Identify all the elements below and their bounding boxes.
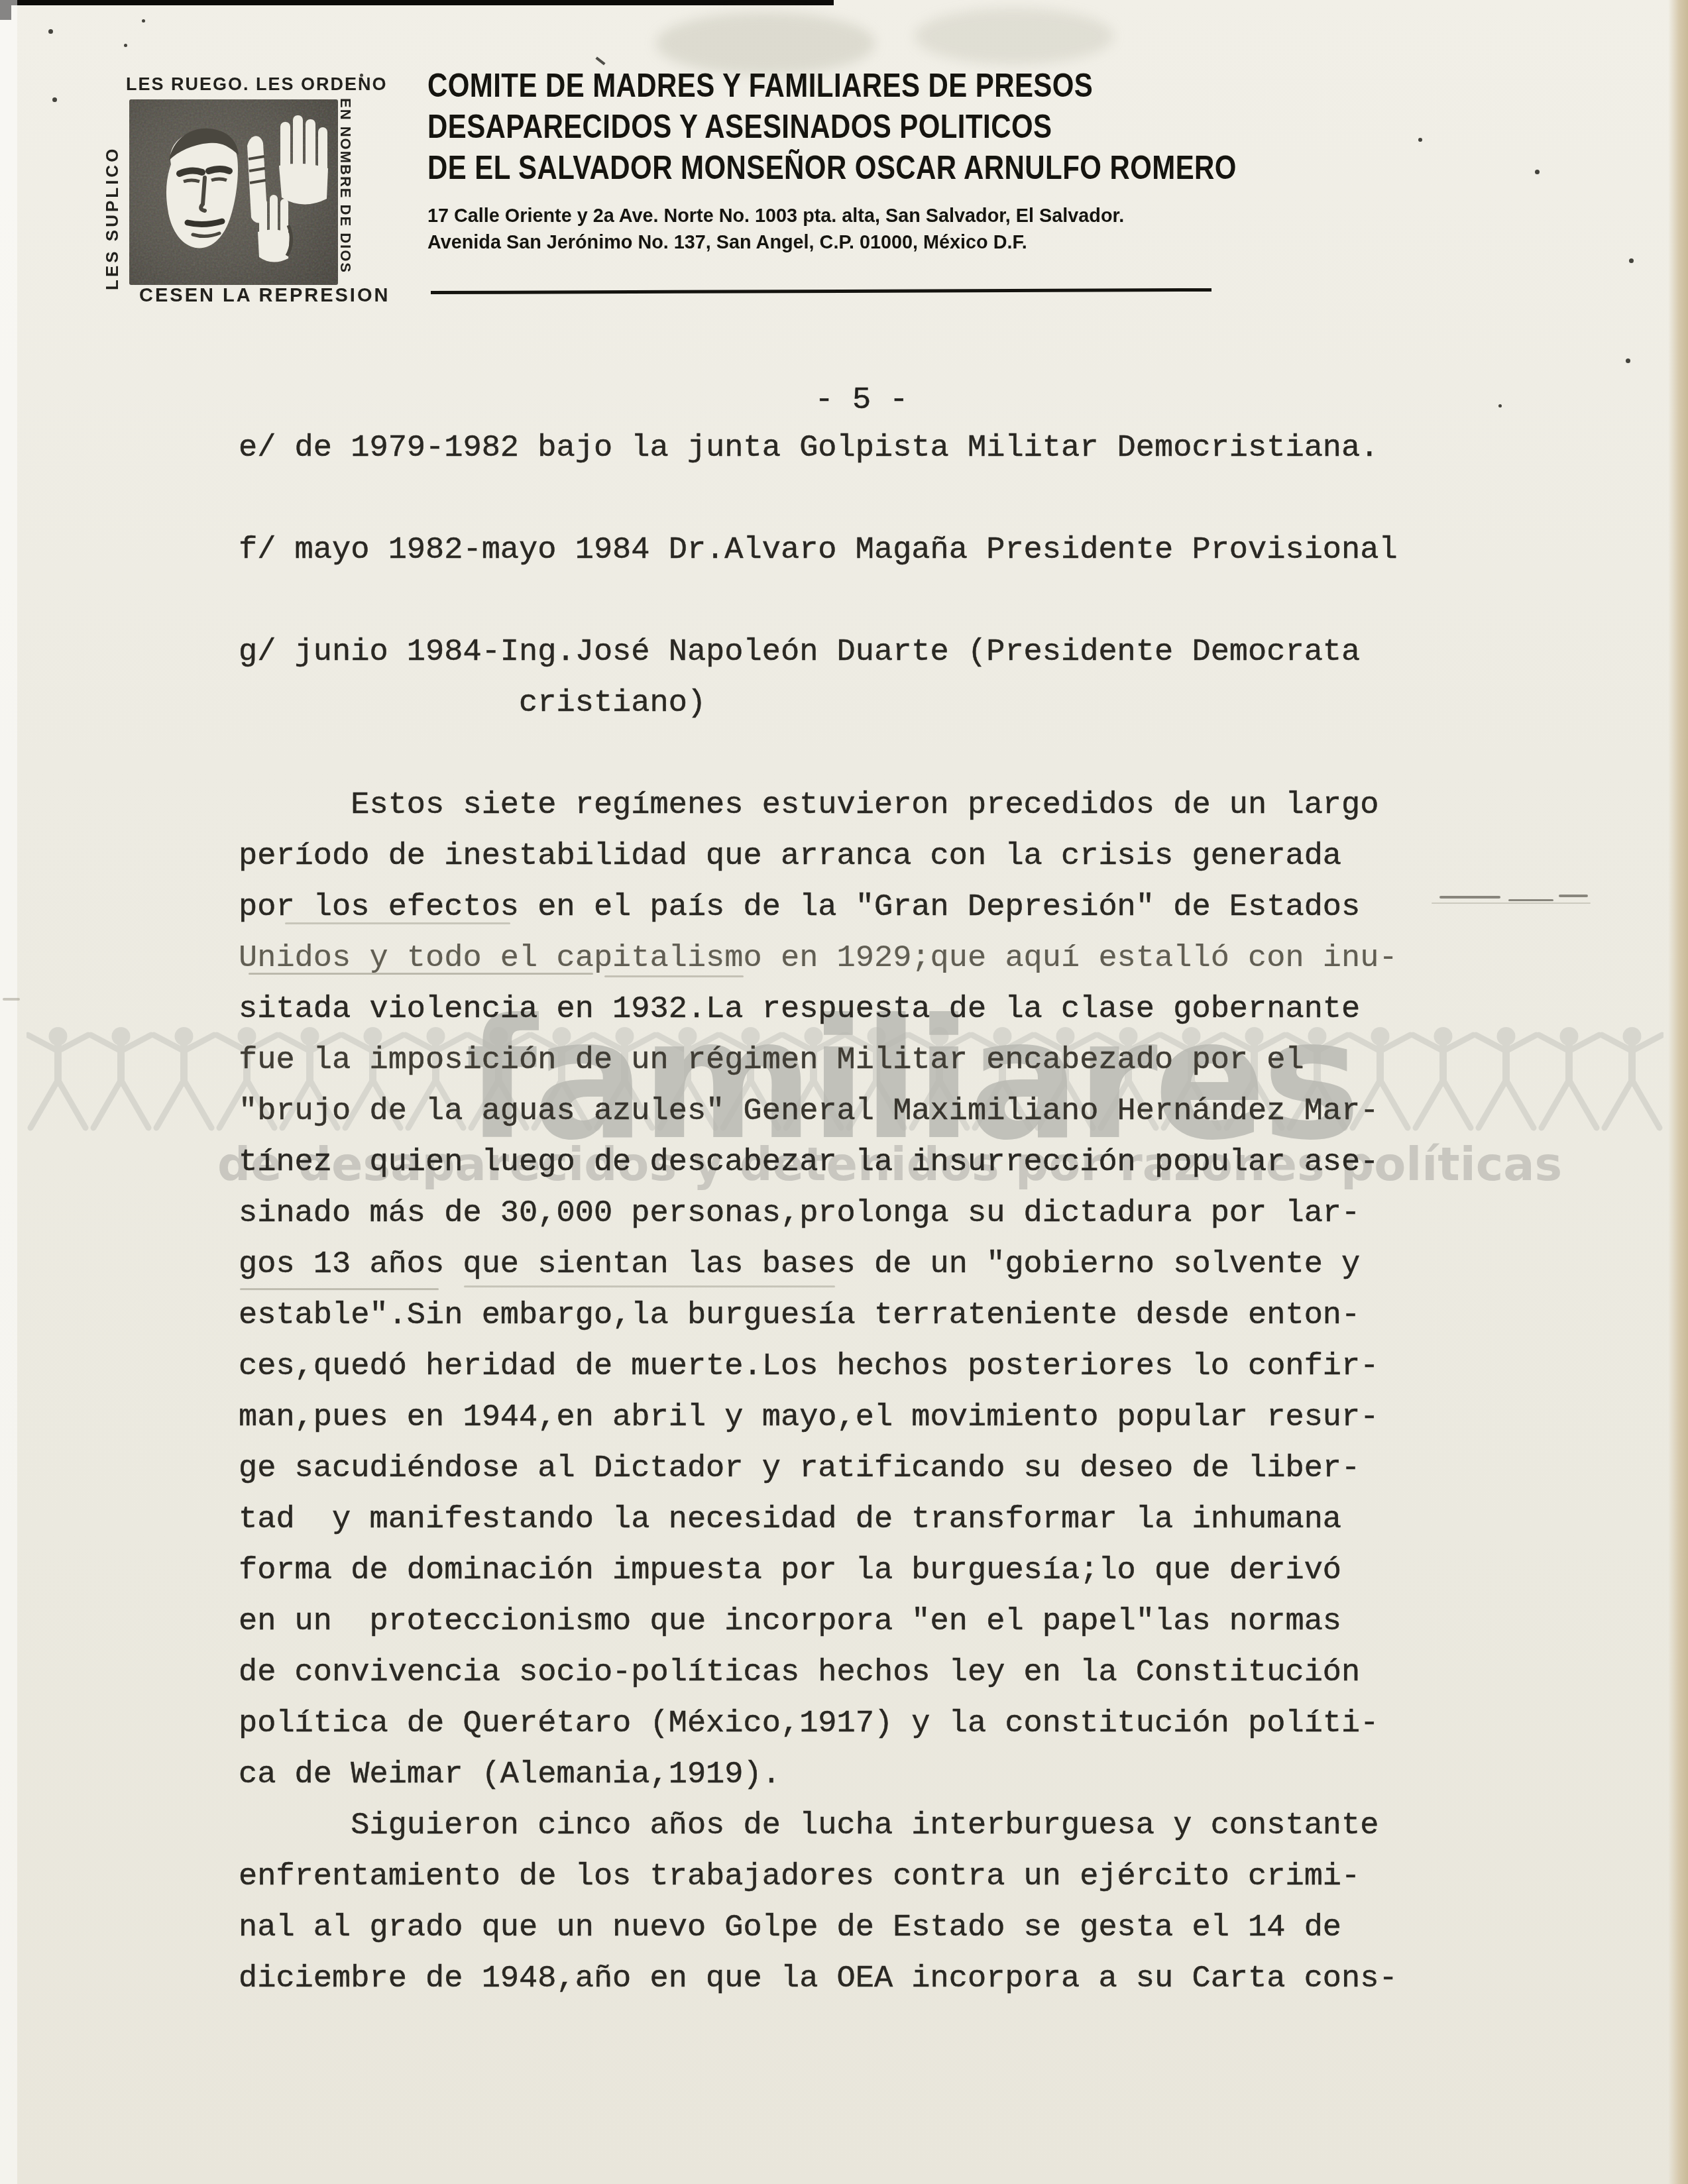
- romero-face-hands-icon: [129, 99, 338, 285]
- typewritten-line: estable".Sin embargo,la burguesía terrat…: [239, 1290, 1398, 1341]
- typewritten-line: política de Querétaro (México,1917) y la…: [239, 1698, 1398, 1749]
- typewritten-line: [239, 474, 1398, 525]
- typewritten-line: cristiano): [239, 678, 1398, 729]
- scan-artifact-smear: [3, 998, 20, 1001]
- typewritten-line: tínez quien luego de descabezar la insur…: [239, 1137, 1398, 1188]
- typewritten-line: Estos siete regímenes estuvieron precedi…: [239, 780, 1398, 831]
- stamp-top-text: LES RUEGO. LES ORDENO: [126, 74, 338, 95]
- document-page: LES RUEGO. LES ORDENO LES SUPLICO EN NOM…: [0, 0, 1688, 2184]
- letterhead-divider: [431, 288, 1211, 294]
- typewritten-line: man,pues en 1944,en abril y mayo,el movi…: [239, 1392, 1398, 1443]
- dust-speck: [1626, 358, 1630, 363]
- dust-speck: [1418, 138, 1422, 142]
- typewritten-line: ge sacudiéndose al Dictador y ratificand…: [239, 1443, 1398, 1494]
- scan-artifact-right-band: [1668, 0, 1688, 2184]
- stamp-left-text: LES SUPLICO: [102, 98, 123, 290]
- scan-artifact-smear: [1432, 902, 1591, 904]
- typewritten-line: [239, 576, 1398, 627]
- scan-artifact-dash: [1508, 899, 1553, 901]
- org-title-line: DE EL SALVADOR MONSEÑOR OSCAR ARNULFO RO…: [427, 147, 1237, 188]
- stamp-bottom-text: CESEN LA REPRESION: [139, 285, 351, 307]
- org-title-line: COMITE DE MADRES Y FAMILIARES DE PRESOS: [427, 65, 1237, 106]
- scan-smudge: [915, 8, 1113, 64]
- typewritten-line: ces,quedó heridad de muerte.Los hechos p…: [239, 1341, 1398, 1392]
- typewritten-line: sitada violencia en 1932.La respuesta de…: [239, 984, 1398, 1035]
- typewritten-line: de convivencia socio-políticas hechos le…: [239, 1647, 1398, 1698]
- scan-artifact-top-strip: [0, 0, 834, 5]
- typewritten-line: e/ de 1979-1982 bajo la junta Golpista M…: [239, 423, 1398, 474]
- typewritten-line: por los efectos en el país de la "Gran D…: [239, 882, 1398, 933]
- dust-speck: [52, 97, 57, 102]
- typewritten-line: nal al grado que un nuevo Golpe de Estad…: [239, 1902, 1398, 1953]
- typewritten-line: Unidos y todo el capitalismo en 1929;que…: [239, 933, 1398, 984]
- typewritten-line: en un proteccionismo que incorpora "en e…: [239, 1596, 1398, 1647]
- organization-logo-stamp: LES RUEGO. LES ORDENO LES SUPLICO EN NOM…: [99, 72, 361, 320]
- org-title: COMITE DE MADRES Y FAMILIARES DE PRESOS …: [427, 65, 1237, 188]
- typewritten-line: "brujo de la aguas azules" General Maxim…: [239, 1086, 1398, 1137]
- scan-artifact-dash: [1439, 896, 1500, 899]
- typewritten-line: [239, 729, 1398, 780]
- org-title-line: DESAPARECIDOS Y ASESINADOS POLITICOS: [427, 106, 1237, 147]
- dust-speck: [360, 74, 363, 77]
- typewritten-line: sinado más de 30,000 personas,prolonga s…: [239, 1188, 1398, 1239]
- typewritten-line: período de inestabilidad que arranca con…: [239, 831, 1398, 882]
- typewritten-body: e/ de 1979-1982 bajo la junta Golpista M…: [239, 423, 1398, 2004]
- scan-artifact-left-strip: [0, 0, 17, 2184]
- typewritten-line: fue la imposición de un régimen Militar …: [239, 1035, 1398, 1086]
- typewritten-line: ca de Weimar (Alemania,1919).: [239, 1749, 1398, 1800]
- typewritten-line: Siguieron cinco años de lucha interburgu…: [239, 1800, 1398, 1851]
- typewritten-line: diciembre de 1948,año en que la OEA inco…: [239, 1953, 1398, 2004]
- address-line: Avenida San Jerónimo No. 137, San Angel,…: [427, 229, 1124, 256]
- typewritten-line: gos 13 años que sientan las bases de un …: [239, 1239, 1398, 1290]
- page-number: - 5 -: [239, 383, 1485, 418]
- typewritten-line: forma de dominación impuesta por la burg…: [239, 1545, 1398, 1596]
- dust-speck: [1498, 404, 1502, 408]
- typewritten-line: f/ mayo 1982-mayo 1984 Dr.Alvaro Magaña …: [239, 525, 1398, 576]
- typewritten-line: tad y manifestando la necesidad de trans…: [239, 1494, 1398, 1545]
- scan-artifact-dash: [1559, 895, 1588, 897]
- dust-speck: [1629, 258, 1634, 263]
- stamp-right-text: EN NOMBRE DE DIOS: [337, 98, 354, 290]
- address-line: 17 Calle Oriente y 2a Ave. Norte No. 100…: [427, 203, 1124, 229]
- dust-speck: [48, 29, 53, 34]
- dust-speck: [142, 19, 145, 23]
- dust-speck: [124, 44, 127, 47]
- dust-speck: [1535, 170, 1540, 174]
- typewritten-line: g/ junio 1984-Ing.José Napoleón Duarte (…: [239, 627, 1398, 678]
- typewritten-line: enfrentamiento de los trabajadores contr…: [239, 1851, 1398, 1902]
- dust-speck: [595, 56, 605, 65]
- org-address: 17 Calle Oriente y 2a Ave. Norte No. 100…: [427, 203, 1124, 256]
